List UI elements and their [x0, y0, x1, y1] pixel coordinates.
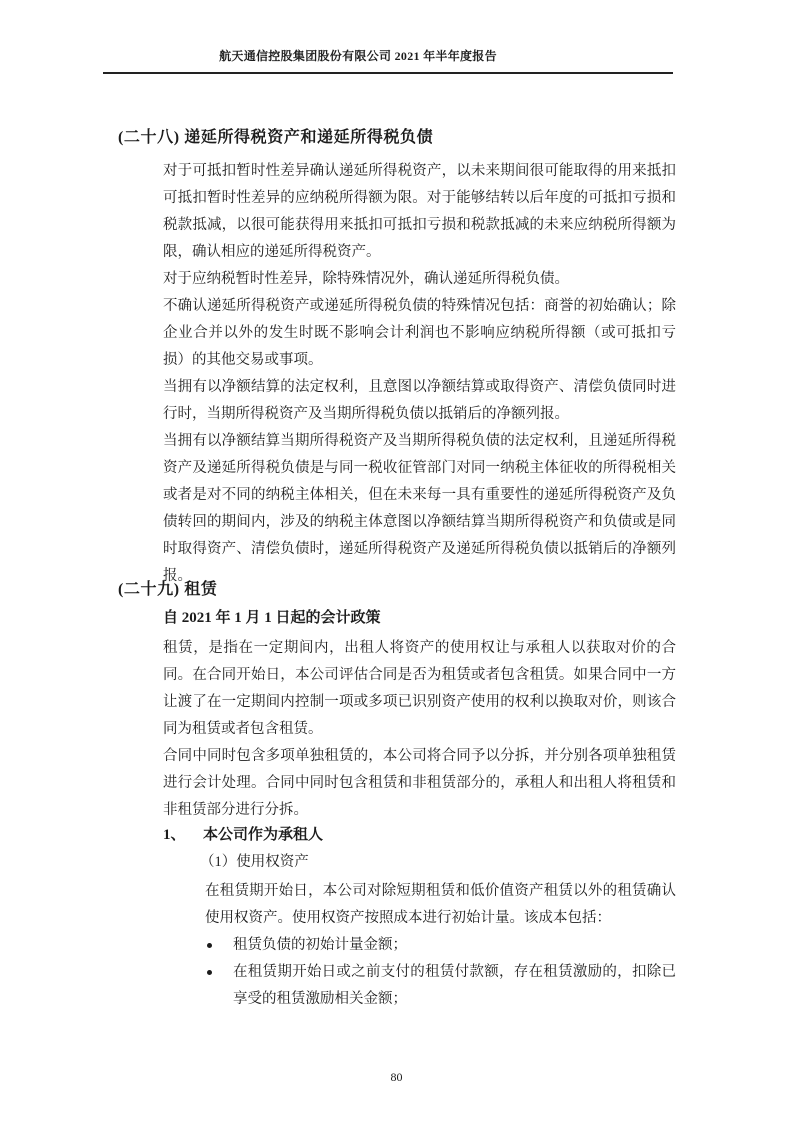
paragraph: 当拥有以净额结算的法定权利，且意图以净额结算或取得资产、清偿负债同时进行时，当期… [163, 374, 676, 428]
paragraph: 租赁，是指在一定期间内，出租人将资产的使用权让与承租人以获取对价的合同。在合同开… [163, 635, 676, 743]
sub-item-label: （1）使用权资产 [200, 851, 309, 873]
section-heading-29: (二十九) 租赁 [118, 579, 217, 601]
paragraph: 对于应纳税暂时性差异，除特殊情况外，确认递延所得税负债。 [163, 266, 676, 293]
page-header: 航天通信控股集团股份有限公司 2021 年半年度报告 [103, 44, 673, 74]
bullet-icon [207, 970, 212, 975]
paragraph: 在租赁期开始日，本公司对除短期租赁和低价值资产租赁以外的租赁确认使用权资产。使用… [205, 878, 676, 932]
report-page: 航天通信控股集团股份有限公司 2021 年半年度报告 (二十八) 递延所得税资产… [0, 0, 793, 1122]
page-number: 80 [0, 1069, 793, 1085]
bullet-text: 租赁负债的初始计量金额； [233, 932, 676, 959]
bullet-text: 在租赁期开始日或之前支付的租赁付款额，存在租赁激励的，扣除已享受的租赁激励相关金… [233, 959, 676, 1013]
section-heading-28: (二十八) 递延所得税资产和递延所得税负债 [118, 127, 433, 149]
list-title: 本公司作为承租人 [203, 827, 323, 843]
bullet-icon [207, 943, 212, 948]
header-title: 航天通信控股集团股份有限公司 2021 年半年度报告 [73, 44, 643, 68]
numbered-item-heading: 1、本公司作为承租人 [163, 824, 323, 846]
bullet-item: 在租赁期开始日或之前支付的租赁付款额，存在租赁激励的，扣除已享受的租赁激励相关金… [207, 959, 676, 1013]
paragraph: 合同中同时包含多项单独租赁的，本公司将合同予以分拆，并分别各项单独租赁进行会计处… [163, 743, 676, 824]
paragraph: 不确认递延所得税资产或递延所得税负债的特殊情况包括：商誉的初始确认；除企业合并以… [163, 293, 676, 374]
paragraph: 对于可抵扣暂时性差异确认递延所得税资产，以未来期间很可能取得的用来抵扣可抵扣暂时… [163, 158, 676, 266]
bullet-item: 租赁负债的初始计量金额； [207, 932, 676, 959]
list-number: 1、 [163, 824, 203, 846]
paragraph: 当拥有以净额结算当期所得税资产及当期所得税负债的法定权利，且递延所得税资产及递延… [163, 428, 676, 590]
policy-subheading: 自 2021 年 1 月 1 日起的会计政策 [163, 607, 381, 629]
